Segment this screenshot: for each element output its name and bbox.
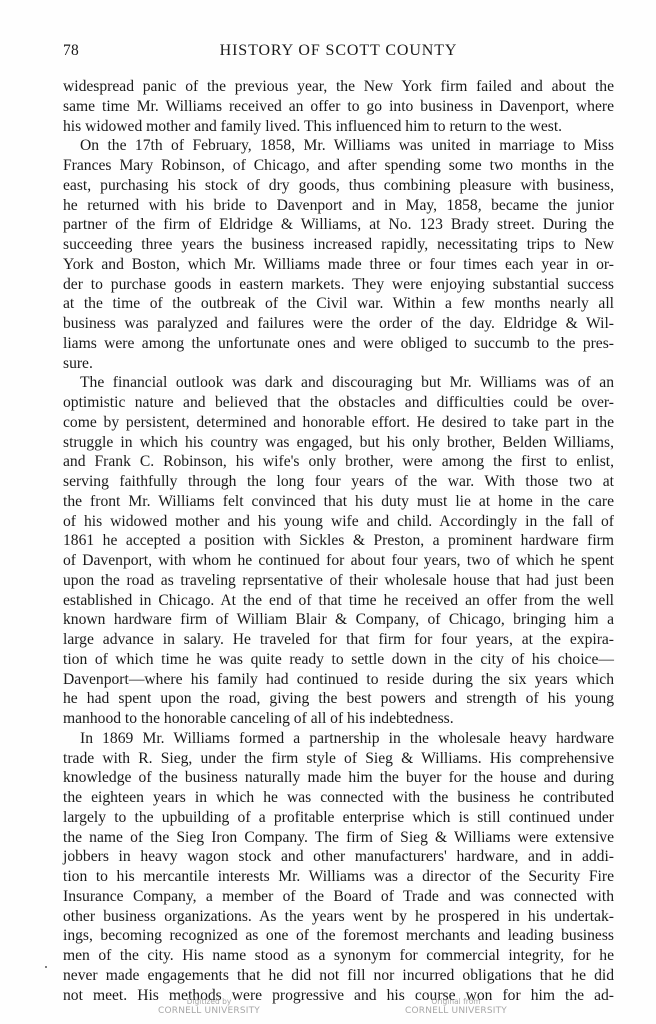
text-line: his widowed mother and family lived. Thi… — [63, 117, 614, 137]
running-title: HISTORY OF SCOTT COUNTY — [63, 42, 614, 60]
text-line: widespread panic of the previous year, t… — [63, 77, 614, 97]
text-line: Insurance Company, a member of the Board… — [63, 887, 614, 907]
text-line: he had spent upon the road, giving the b… — [63, 689, 614, 709]
text-line: the eighteen years in which he was conne… — [63, 788, 614, 808]
text-line: large advance in salary. He traveled for… — [63, 630, 614, 650]
text-line: der to purchase goods in eastern markets… — [63, 275, 614, 295]
text-line: partner of the firm of Eldridge & Willia… — [63, 215, 614, 235]
text-line: 1861 he accepted a position with Sickles… — [63, 531, 614, 551]
text-line: knowledge of the business naturally made… — [63, 768, 614, 788]
text-line: struggle in which his country was engage… — [63, 433, 614, 453]
text-line: the front Mr. Williams felt convinced th… — [63, 492, 614, 512]
text-line: known hardware firm of William Blair & C… — [63, 610, 614, 630]
text-line: east, purchasing his stock of dry goods,… — [63, 176, 614, 196]
text-line: he returned with his bride to Davenport … — [63, 196, 614, 216]
text-line: York and Boston, which Mr. Williams made… — [63, 255, 614, 275]
text-line: at the time of the outbreak of the Civil… — [63, 294, 614, 314]
text-line: manhood to the honorable canceling of al… — [63, 709, 614, 729]
text-line: serving faithfully through the long four… — [63, 472, 614, 492]
scanned-book-page: 78 HISTORY OF SCOTT COUNTY widespread pa… — [0, 0, 656, 1024]
text-line: liams were among the unfortunate ones an… — [63, 334, 614, 354]
text-line: tion to his mercantile interests Mr. Wil… — [63, 867, 614, 887]
text-line: the name of the Sieg Iron Company. The f… — [63, 828, 614, 848]
text-line: trade with R. Sieg, under the firm style… — [63, 749, 614, 769]
text-line: and Frank C. Robinson, his wife's only b… — [63, 452, 614, 472]
digitized-by-institution: CORNELL UNIVERSITY — [109, 1006, 309, 1017]
text-line: same time Mr. Williams received an offer… — [63, 97, 614, 117]
text-line: upon the road as traveling reprsentative… — [63, 571, 614, 591]
body-text: widespread panic of the previous year, t… — [63, 77, 614, 1005]
text-line: Davenport—where his family had continued… — [63, 670, 614, 690]
scan-speck — [45, 966, 47, 968]
text-line: come by persistent, determined and honor… — [63, 413, 614, 433]
text-line: business was paralyzed and failures were… — [63, 314, 614, 334]
digitized-by-label: Digitized by — [109, 997, 309, 1006]
original-from-institution: CORNELL UNIVERSITY — [356, 1006, 556, 1017]
text-line: Frances Mary Robinson, of Chicago, and a… — [63, 156, 614, 176]
page-footer: Digitized by CORNELL UNIVERSITY Original… — [0, 997, 656, 1023]
text-line: optimistic nature and believed that the … — [63, 393, 614, 413]
text-line: tion of which time he was quite ready to… — [63, 650, 614, 670]
text-line: never made engagements that he did not f… — [63, 966, 614, 986]
digitized-by-watermark: Digitized by CORNELL UNIVERSITY — [109, 997, 309, 1017]
text-line: other business organizations. As the yea… — [63, 907, 614, 927]
text-line: On the 17th of February, 1858, Mr. Willi… — [63, 136, 614, 156]
text-line: jobbers in heavy wagon stock and other m… — [63, 847, 614, 867]
text-line: In 1869 Mr. Williams formed a partnershi… — [63, 729, 614, 749]
text-line: established in Chicago. At the end of th… — [63, 591, 614, 611]
text-line: of Davenport, with whom he continued for… — [63, 551, 614, 571]
text-line: men of the city. His name stood as a syn… — [63, 946, 614, 966]
page-header: 78 HISTORY OF SCOTT COUNTY — [63, 42, 614, 64]
text-line: ings, becoming recognized as one of the … — [63, 926, 614, 946]
text-line: sure. — [63, 354, 614, 374]
original-from-label: Original from — [356, 997, 556, 1006]
text-line: succeeding three years the business incr… — [63, 235, 614, 255]
original-from-watermark: Original from CORNELL UNIVERSITY — [356, 997, 556, 1017]
text-line: The financial outlook was dark and disco… — [63, 373, 614, 393]
text-line: of his widowed mother and his young wife… — [63, 512, 614, 532]
text-line: largely to the upbuilding of a profitabl… — [63, 808, 614, 828]
